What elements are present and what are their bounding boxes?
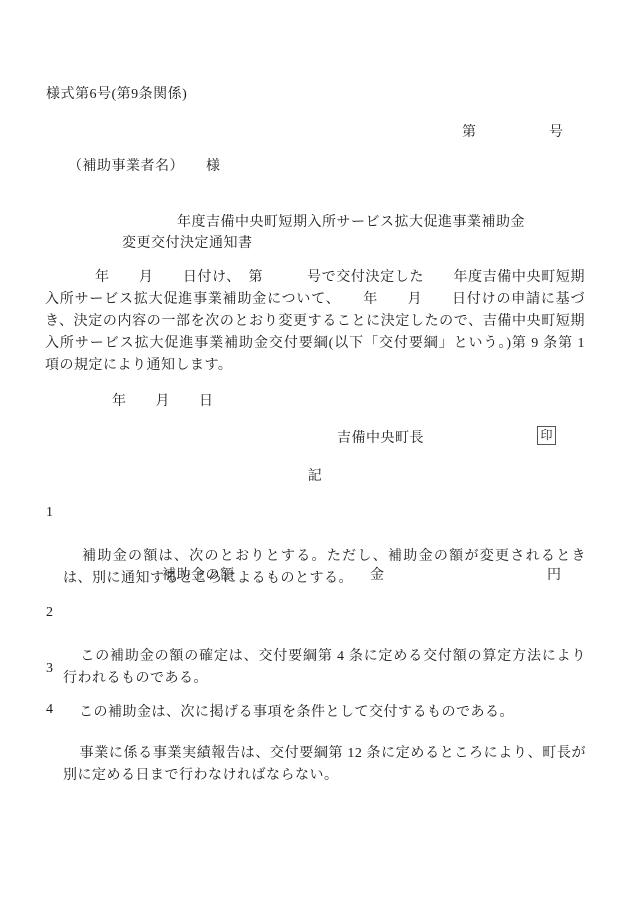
item-2-number: 2: [46, 602, 54, 624]
addressee-line: （補助事業者名） 様: [68, 155, 221, 175]
list-item-4: 4 事業に係る事業実績報告は、交付要綱第 12 条に定めるところにより、町長が別…: [46, 699, 586, 809]
body-paragraph: 年 月 日付け、 第 号で交付決定した 年度吉備中央町短期入所サービス拡大促進事…: [45, 267, 585, 377]
amount-currency-prefix: 金: [370, 564, 385, 584]
item-1-text: 補助金の額は、次のとおりとする。ただし、補助金の額が変更されるときは、別に通知す…: [63, 549, 586, 586]
item-4-number: 4: [46, 699, 54, 721]
item-4-text: 事業に係る事業実績報告は、交付要綱第 12 条に定めるところにより、町長が別に定…: [63, 746, 586, 783]
amount-label: 補助金の額: [162, 564, 235, 584]
document-title-line1: 年度吉備中央町短期入所サービス拡大促進事業補助金: [177, 211, 525, 231]
doc-number-suffix: 号: [549, 121, 564, 141]
list-item-1: 1 補助金の額は、次のとおりとする。ただし、補助金の額が変更されるときは、別に通…: [46, 502, 586, 612]
item-3-number: 3: [46, 658, 54, 680]
seal-stamp-placeholder: 印: [537, 426, 556, 445]
document-title-line2: 変更交付決定通知書: [122, 232, 253, 252]
amount-currency-suffix: 円: [547, 564, 562, 584]
item-1-number: 1: [46, 502, 54, 524]
record-marker: 記: [0, 465, 630, 485]
form-label: 様式第6号(第9条関係): [46, 83, 187, 103]
doc-number-prefix: 第: [462, 121, 477, 141]
date-blank-line: 年 月 日: [112, 390, 214, 410]
document-page: 様式第6号(第9条関係) 第 号 （補助事業者名） 様 年度吉備中央町短期入所サ…: [0, 0, 630, 915]
signer-title: 吉備中央町長: [337, 427, 424, 447]
